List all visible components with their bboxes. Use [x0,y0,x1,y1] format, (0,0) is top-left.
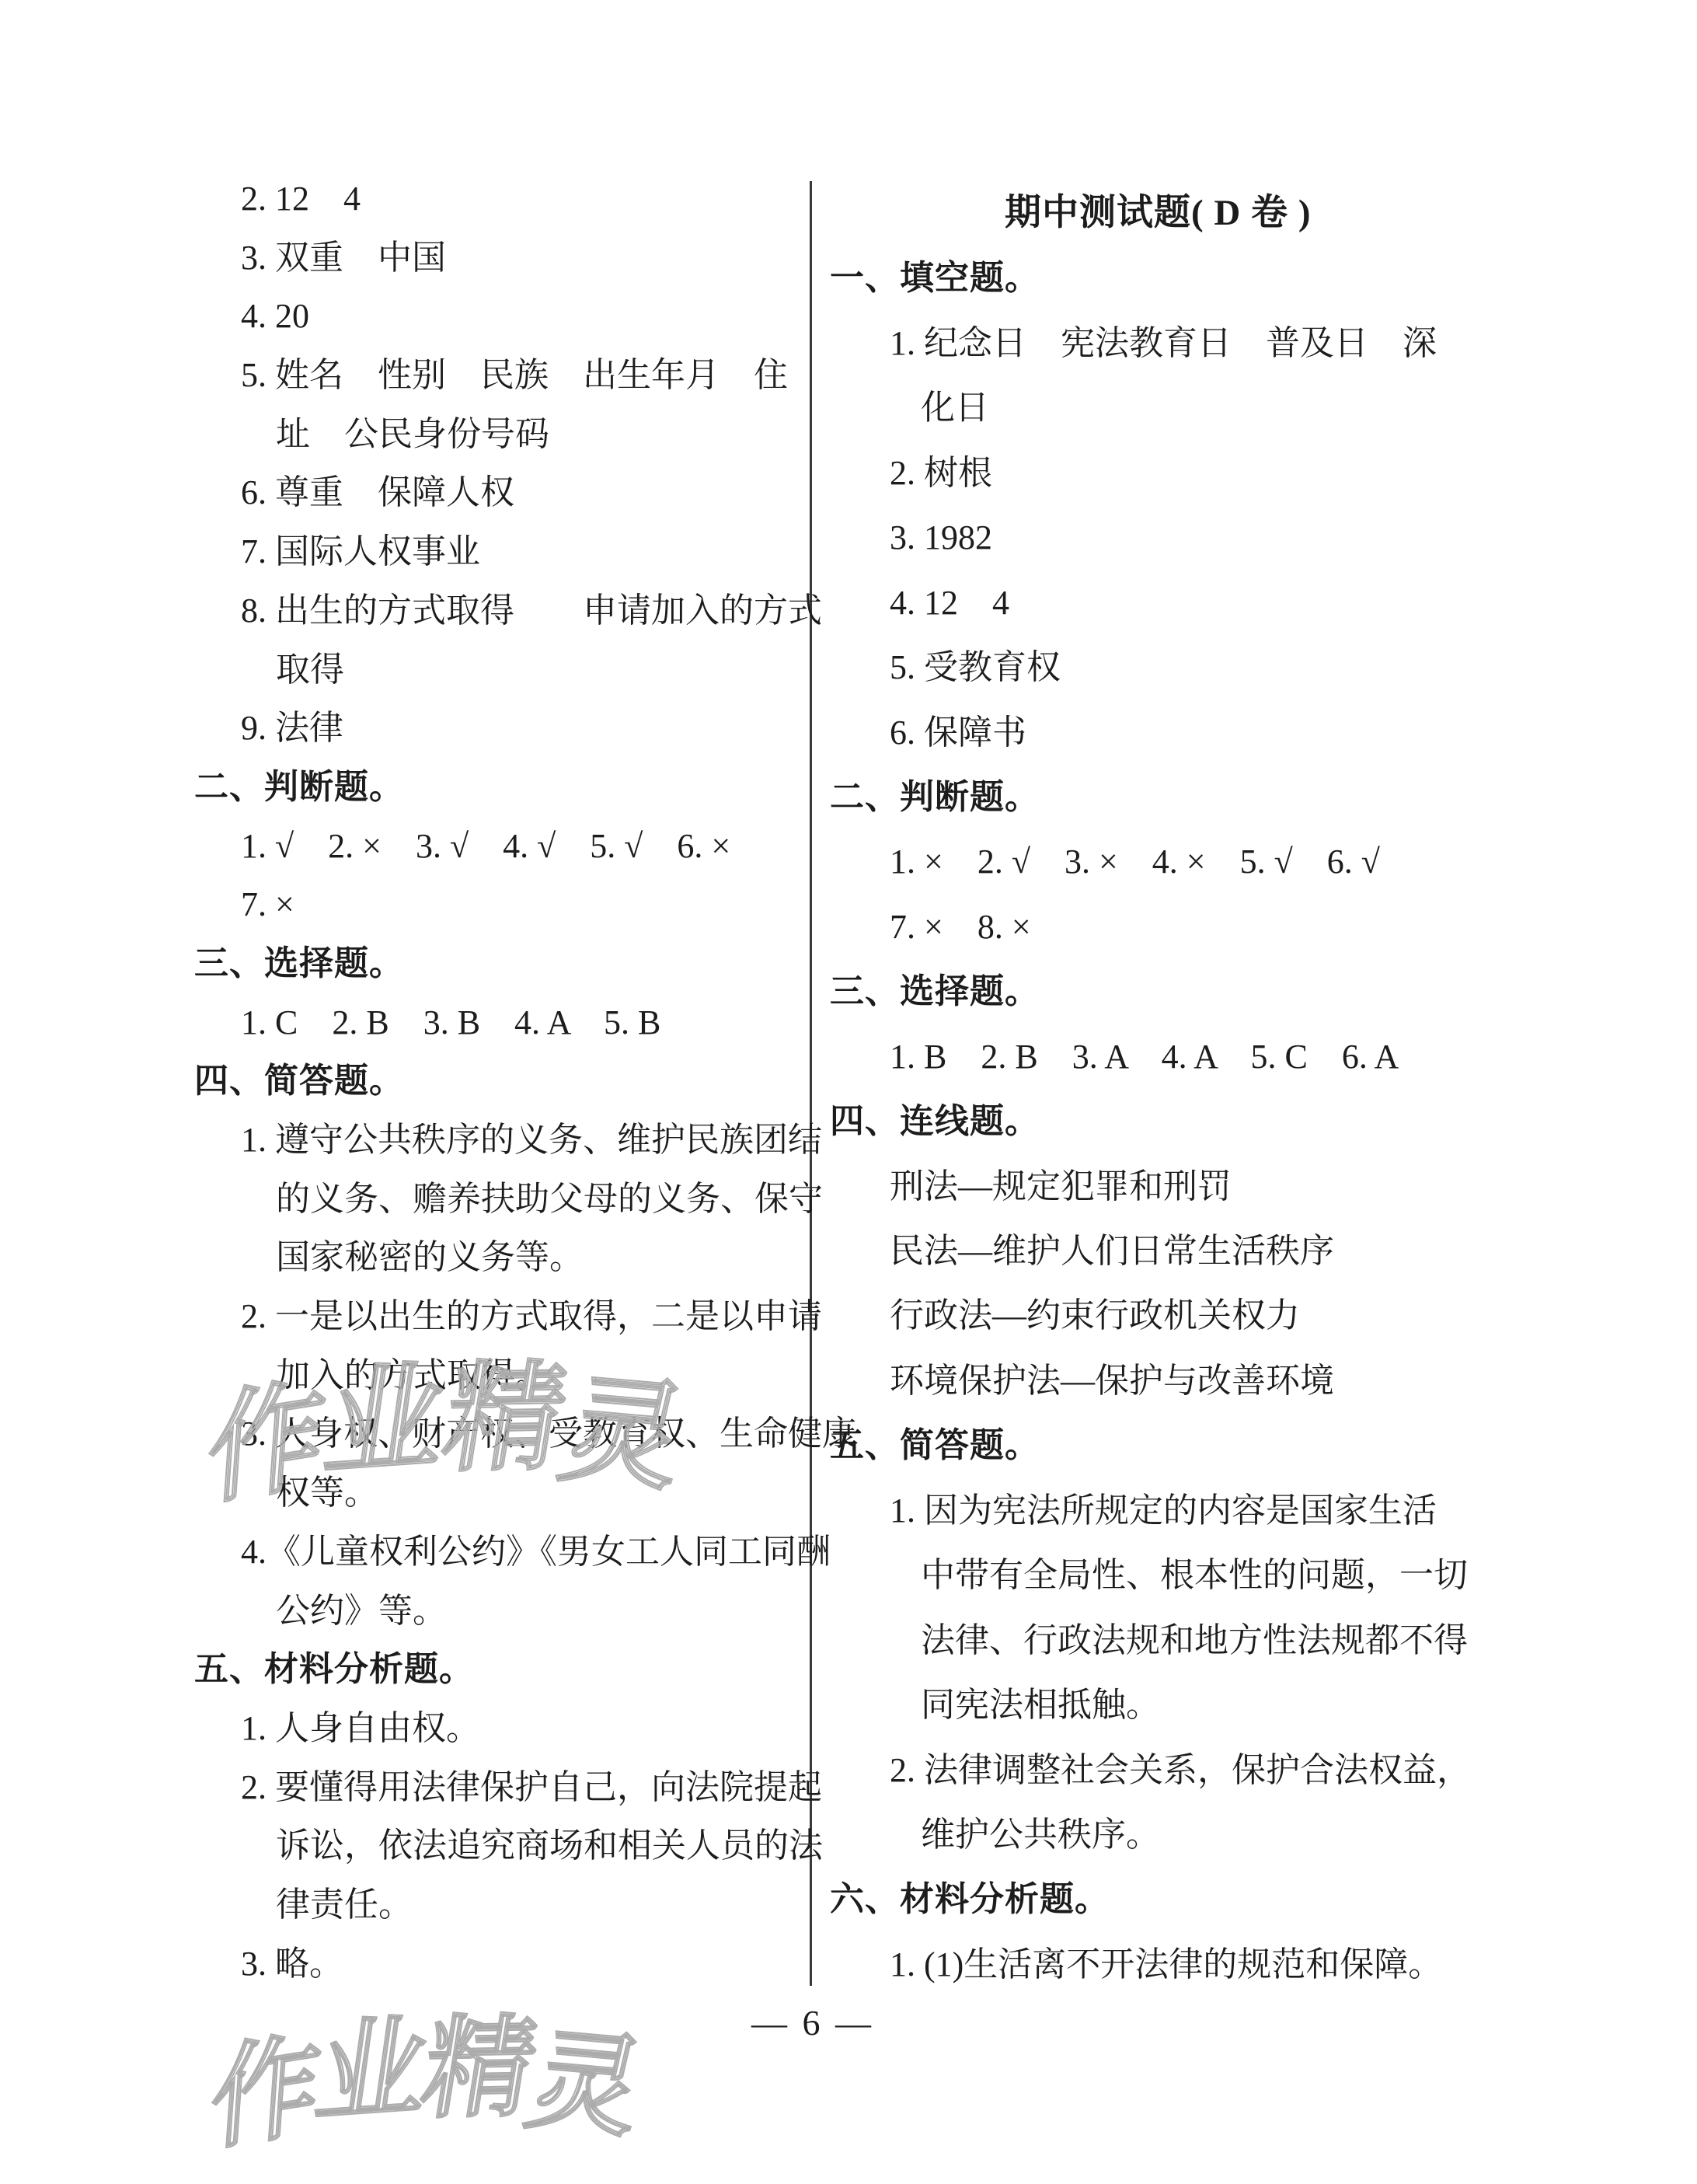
answer-line: 3. 1982 [830,505,1653,570]
section-heading: 四、简答题。 [194,1052,810,1111]
watermark-char: 业 [308,1977,437,2145]
exam-title: 期中测试题( D 卷 ) [830,181,1653,246]
section-heading: 三、选择题。 [194,934,810,993]
answer-line: 7. × [194,875,810,934]
column-divider [810,181,812,1986]
answer-line: 民法—维护人们日常生活秩序 [830,1219,1653,1283]
watermark-char: 作 [207,1994,324,2172]
section-heading: 二、判断题。 [194,758,810,817]
wrapped-line: 维护公共秩序。 [830,1802,1653,1867]
wrapped-line: 法律、行政法规和地方性法规都不得 [830,1608,1653,1673]
answer-line: 4.《儿童权利公约》《男女工人同工同酬 [194,1523,810,1582]
section-heading: 六、材料分析题。 [830,1867,1653,1931]
wrapped-line: 址 公民身份号码 [194,405,810,464]
section-heading: 四、连线题。 [830,1089,1653,1153]
answer-line: 3. 人身权、财产权、受教育权、生命健康 [194,1404,810,1464]
watermark-char: 精 [413,1978,545,2139]
answer-line: 7. × 8. × [830,895,1653,959]
answer-line: 1. √ 2. × 3. √ 4. √ 5. √ 6. × [194,817,810,876]
answer-line: 1. B 2. B 3. A 4. A 5. C 6. A [830,1024,1653,1089]
wrapped-line: 国家秘密的义务等。 [194,1228,810,1287]
answer-line: 2. 树根 [830,441,1653,505]
answer-line: 2. 12 4 [194,169,810,229]
section-heading: 五、简答题。 [830,1413,1653,1478]
answer-line: 3. 双重 中国 [194,229,810,288]
answer-line: 刑法—规定犯罪和刑罚 [830,1154,1653,1219]
answer-line: 5. 受教育权 [830,635,1653,700]
answer-line: 1. (1)生活离不开法律的规范和保障。 [830,1932,1653,1997]
answer-line: 5. 姓名 性别 民族 出生年月 住 [194,346,810,405]
answer-line: 行政法—约束行政机关权力 [830,1283,1653,1348]
wrapped-line: 取得 [194,640,810,700]
section-heading: 一、填空题。 [830,246,1653,310]
right-column: 期中测试题( D 卷 )一、填空题。1. 纪念日 宪法教育日 普及日 深化日2.… [830,181,1653,1997]
answer-line: 3. 略。 [194,1935,810,1994]
answer-line: 1. 纪念日 宪法教育日 普及日 深 [830,311,1653,375]
wrapped-line: 化日 [830,375,1653,440]
watermark-char: 灵 [515,1993,658,2158]
wrapped-line: 加入的方式取得。 [194,1346,810,1405]
answer-line: 9. 法律 [194,699,810,758]
answer-line: 7. 国际人权事业 [194,522,810,581]
page-number: — 6 — [735,2002,890,2043]
section-heading: 二、判断题。 [830,765,1653,829]
answer-line: 4. 20 [194,287,810,346]
answer-line: 4. 12 4 [830,570,1653,635]
answer-line: 2. 要懂得用法律保护自己，向法院提起 [194,1758,810,1817]
wrapped-line: 权等。 [194,1464,810,1523]
answer-line: 1. 遵守公共秩序的义务、维护民族团结 [194,1111,810,1170]
answer-line: 6. 保障书 [830,700,1653,765]
section-heading: 三、选择题。 [830,959,1653,1024]
left-column: 2. 12 43. 双重 中国4. 205. 姓名 性别 民族 出生年月 住址 … [194,169,810,1993]
answer-line: 1. C 2. B 3. B 4. A 5. B [194,993,810,1052]
answer-line: 6. 尊重 保障人权 [194,463,810,522]
answer-line: 1. × 2. √ 3. × 4. × 5. √ 6. √ [830,829,1653,894]
answer-line: 1. 人身自由权。 [194,1699,810,1758]
wrapped-line: 同宪法相抵触。 [830,1673,1653,1737]
answer-line: 环境保护法—保护与改善环境 [830,1348,1653,1413]
answer-line: 8. 出生的方式取得 申请加入的方式 [194,581,810,640]
wrapped-line: 的义务、赡养扶助父母的义务、保守 [194,1170,810,1229]
wrapped-line: 律责任。 [194,1875,810,1935]
watermark: 作业精灵 [211,1987,640,2145]
wrapped-line: 公约》等。 [194,1582,810,1641]
section-heading: 五、材料分析题。 [194,1640,810,1699]
answer-line: 2. 法律调整社会关系，保护合法权益， [830,1738,1653,1802]
wrapped-line: 中带有全局性、根本性的问题，一切 [830,1543,1653,1607]
answer-line: 2. 一是以出生的方式取得，二是以申请 [194,1287,810,1346]
answer-line: 1. 因为宪法所规定的内容是国家生活 [830,1478,1653,1543]
wrapped-line: 诉讼，依法追究商场和相关人员的法 [194,1816,810,1875]
answer-key-page: 2. 12 43. 双重 中国4. 205. 姓名 性别 民族 出生年月 住址 … [0,0,1697,2184]
